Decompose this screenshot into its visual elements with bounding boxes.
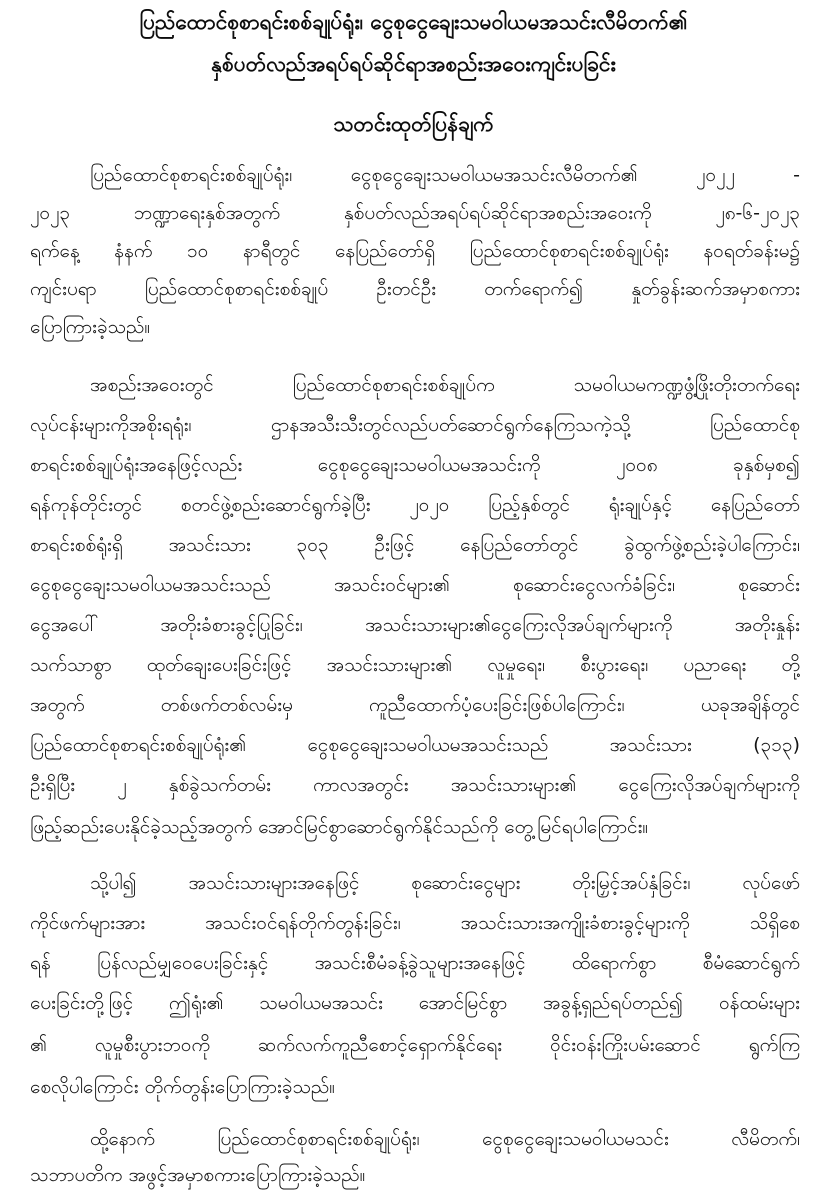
paragraph-line: ထို့နောက် ပြည်ထောင်စုစာရင်းစစ်ချုပ်ရုံး၊…	[90, 1124, 800, 1154]
paragraph-line: ကိုင်ဖက်များအား အသင်းဝင်ရန်တိုက်တွန်းခြင…	[30, 908, 800, 938]
paragraph-line: ပြောကြားခဲ့သည်။	[30, 312, 800, 342]
document-title-line-2: နှစ်ပတ်လည်အရပ်ရပ်ဆိုင်ရာအစည်းအဝေးကျင်းပခ…	[0, 48, 827, 80]
paragraph-line: ရန် ပြန်လည်မျှဝေပေးခြင်းနှင့် အသင်းစီမံခ…	[30, 948, 800, 978]
paragraph-line: သဘာပတိက အဖွင့်အမှာစကားပြောကြားခဲ့သည်။	[30, 1160, 800, 1190]
paragraph-line: ငွေစုငွေချေးသမဝါယမအသင်းသည် အသင်းဝင်များ၏…	[30, 570, 800, 600]
paragraph-line: ပြည်ထောင်စုစာရင်းစစ်ချုပ်ရုံး၊ ငွေစုငွေခ…	[90, 160, 800, 190]
paragraph-line: ဖြည့်ဆည်းပေးနိုင်ခဲ့သည့်အတွက် အောင်မြင်စ…	[30, 812, 800, 842]
document-title-line-1: ပြည်ထောင်စုစာရင်းစစ်ချုပ်ရုံး၊ ငွေစုငွေခ…	[0, 6, 827, 38]
paragraph-line: ၏ လူမှုစီးပွားဘဝကို ဆက်လက်ကူညီစောင့်ရှော…	[30, 1030, 800, 1060]
paragraph-line: လုပ်ငန်းများကိုအစိုးရရုံး၊ ဌာနအသီးသီးတွင…	[30, 410, 800, 440]
paragraph-line: ပြည်ထောင်စုစာရင်းစစ်ချုပ်ရုံး၏ ငွေစုငွေခ…	[30, 730, 800, 760]
paragraph-line: ဦးရှိပြီး ၂ နှစ်ခွဲသက်တမ်း ကာလအတွင်း အသင…	[30, 770, 800, 800]
paragraph-line: ပေးခြင်းတို့ဖြင့် ဤရုံး၏ သမဝါယမအသင်း အော…	[30, 988, 800, 1018]
document-subtitle: သတင်းထုတ်ပြန်ချက်	[0, 108, 827, 140]
paragraph-line: သက်သာစွာ ထုတ်ချေးပေးခြင်းဖြင့် အသင်းသားမ…	[30, 650, 800, 680]
paragraph-line: ၂၀၂၃ ဘဏ္ဍာရေးနှစ်အတွက် နှစ်ပတ်လည်အရပ်ရပ်…	[30, 198, 800, 228]
paragraph-line: ရက်နေ့ နံနက် ၁၀ နာရီတွင် နေပြည်တော်ရှိ ပ…	[30, 236, 800, 266]
paragraph-line: ငွေအပေါ် အတိုးခံစားခွင့်ပြုခြင်း၊ အသင်းသ…	[30, 610, 800, 640]
paragraph-line: စာရင်းစစ်ရုံးရှိ အသင်းသား ၃၀၃ ဦးဖြင့် နေ…	[30, 530, 800, 560]
paragraph-line: ရန်ကုန်တိုင်းတွင် စတင်ဖွဲ့စည်းဆောင်ရွက်ခ…	[30, 490, 800, 520]
paragraph-line: စေလိုပါကြောင်း တိုက်တွန်းပြောကြားခဲ့သည်။	[30, 1072, 800, 1102]
paragraph-line: စာရင်းစစ်ချုပ်ရုံးအနေဖြင့်လည်း ငွေစုငွေခ…	[30, 450, 800, 480]
paragraph-line: ကျင်းပရာ ပြည်ထောင်စုစာရင်းစစ်ချုပ် ဦးတင်…	[30, 274, 800, 304]
paragraph-line: အတွက် တစ်ဖက်တစ်လမ်းမှ ကူညီထောက်ပံ့ပေးခြင…	[30, 690, 800, 720]
press-release-page: ပြည်ထောင်စုစာရင်းစစ်ချုပ်ရုံး၊ ငွေစုငွေခ…	[0, 0, 827, 1200]
paragraph-line: အစည်းအဝေးတွင် ပြည်ထောင်စုစာရင်းစစ်ချုပ်က…	[90, 370, 800, 400]
paragraph-line: သို့ပါ၍ အသင်းသားများအနေဖြင့် စုဆောင်းငွေ…	[90, 868, 800, 898]
